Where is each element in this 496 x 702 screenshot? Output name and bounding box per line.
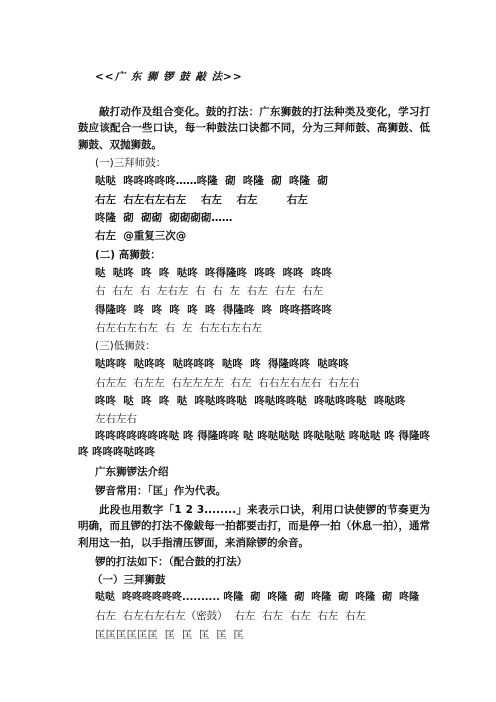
gong-section1-line-2: 右左 右左右左右左（密鼓） 右左 右左 右左 右左 右左 bbox=[95, 609, 366, 623]
section2-line-3: 得隆咚 咚 咚 咚 咚 咚 得隆咚 咚 咚咚搭咚咚 bbox=[95, 303, 332, 317]
intro-paragraph: 敲打动作及组合变化。鼓的打法：广东狮鼓的打法种类及变化，学习打鼓应该配合一些口诀… bbox=[78, 104, 430, 153]
section3-heading: (三)低狮鼓： bbox=[95, 339, 156, 353]
section1-line-2: 右左 右左右左右左 右左 右左 右左 bbox=[95, 193, 308, 207]
section3-line-1: 哒咚咚 哒咚咚 哒咚咚咚 哒咚 咚 得隆咚咚 哒咚咚 bbox=[95, 357, 349, 371]
gong-common-sound: 锣音常用：「匡」作为代表。 bbox=[95, 484, 226, 498]
section1-heading: (一)三拜师鼓： bbox=[95, 156, 166, 170]
section1-line-3: 咚隆 砌 砌砌 砌砌砌砌…… bbox=[95, 211, 232, 225]
section3-long-line: 咚咚咚咚咚咚咚哒 咚 得隆咚咚 哒 咚哒哒哒 咚哒哒哒 咚哒哒 咚 得隆咚咚 咚… bbox=[78, 428, 430, 461]
gong-method: 锣的打法如下：（配合鼓的打法） bbox=[95, 555, 247, 569]
section2-line-1: 哒 哒咚 咚 咚 哒咚 咚得隆咚 咚咚 咚咚 咚咚 bbox=[95, 266, 332, 280]
section3-line-3: 咚咚 哒 咚 咚 哒 咚哒咚咚哒 咚哒咚咚哒 咚哒咚咚哒 咚哒咚 bbox=[95, 394, 406, 408]
gong-explain-paragraph: 此段也用数字「1 2 3........」来表示口诀，利用口诀使锣的节奏更为明确… bbox=[78, 502, 430, 551]
gong-section1-line-3: 匡匡匡匡匡匡 匡 匡 匡 匡 匡 bbox=[95, 628, 244, 642]
section2-line-4: 右左右左右左 右 左 右左右左右左 bbox=[95, 321, 262, 335]
document-title: <<广 东 狮 锣 鼓 敲 法>> bbox=[95, 69, 243, 84]
section1-line-4: 右左 @重复三次@ bbox=[95, 229, 186, 243]
section3-line-2: 右左左 右左左 右左左左左 右左 右右左右左右 右左右 bbox=[95, 376, 359, 390]
document-page: <<广 东 狮 锣 鼓 敲 法>> 敲打动作及组合变化。鼓的打法：广东狮鼓的打法… bbox=[0, 0, 496, 702]
section2-heading: (二) 高狮鼓： bbox=[95, 248, 161, 262]
gong-section1-heading: （一）三拜狮鼓 bbox=[92, 573, 166, 587]
section3-line-4: 左右左右 bbox=[95, 412, 137, 426]
section2-line-2: 右 右左 右 左右左 右 右 左 右左 右左 右左 bbox=[95, 284, 323, 298]
gong-intro-heading: 广东狮锣法介绍 bbox=[95, 465, 169, 479]
section1-line-1: 哒哒 咚咚咚咚咚……咚隆 砌 咚隆 砌 咚隆 砌 bbox=[95, 174, 328, 188]
gong-section1-line-1: 哒哒 咚咚咚咚咚咚.......... 咚隆 砌 咚隆 砌 咚隆 砌 咚隆 砌 … bbox=[95, 591, 419, 605]
